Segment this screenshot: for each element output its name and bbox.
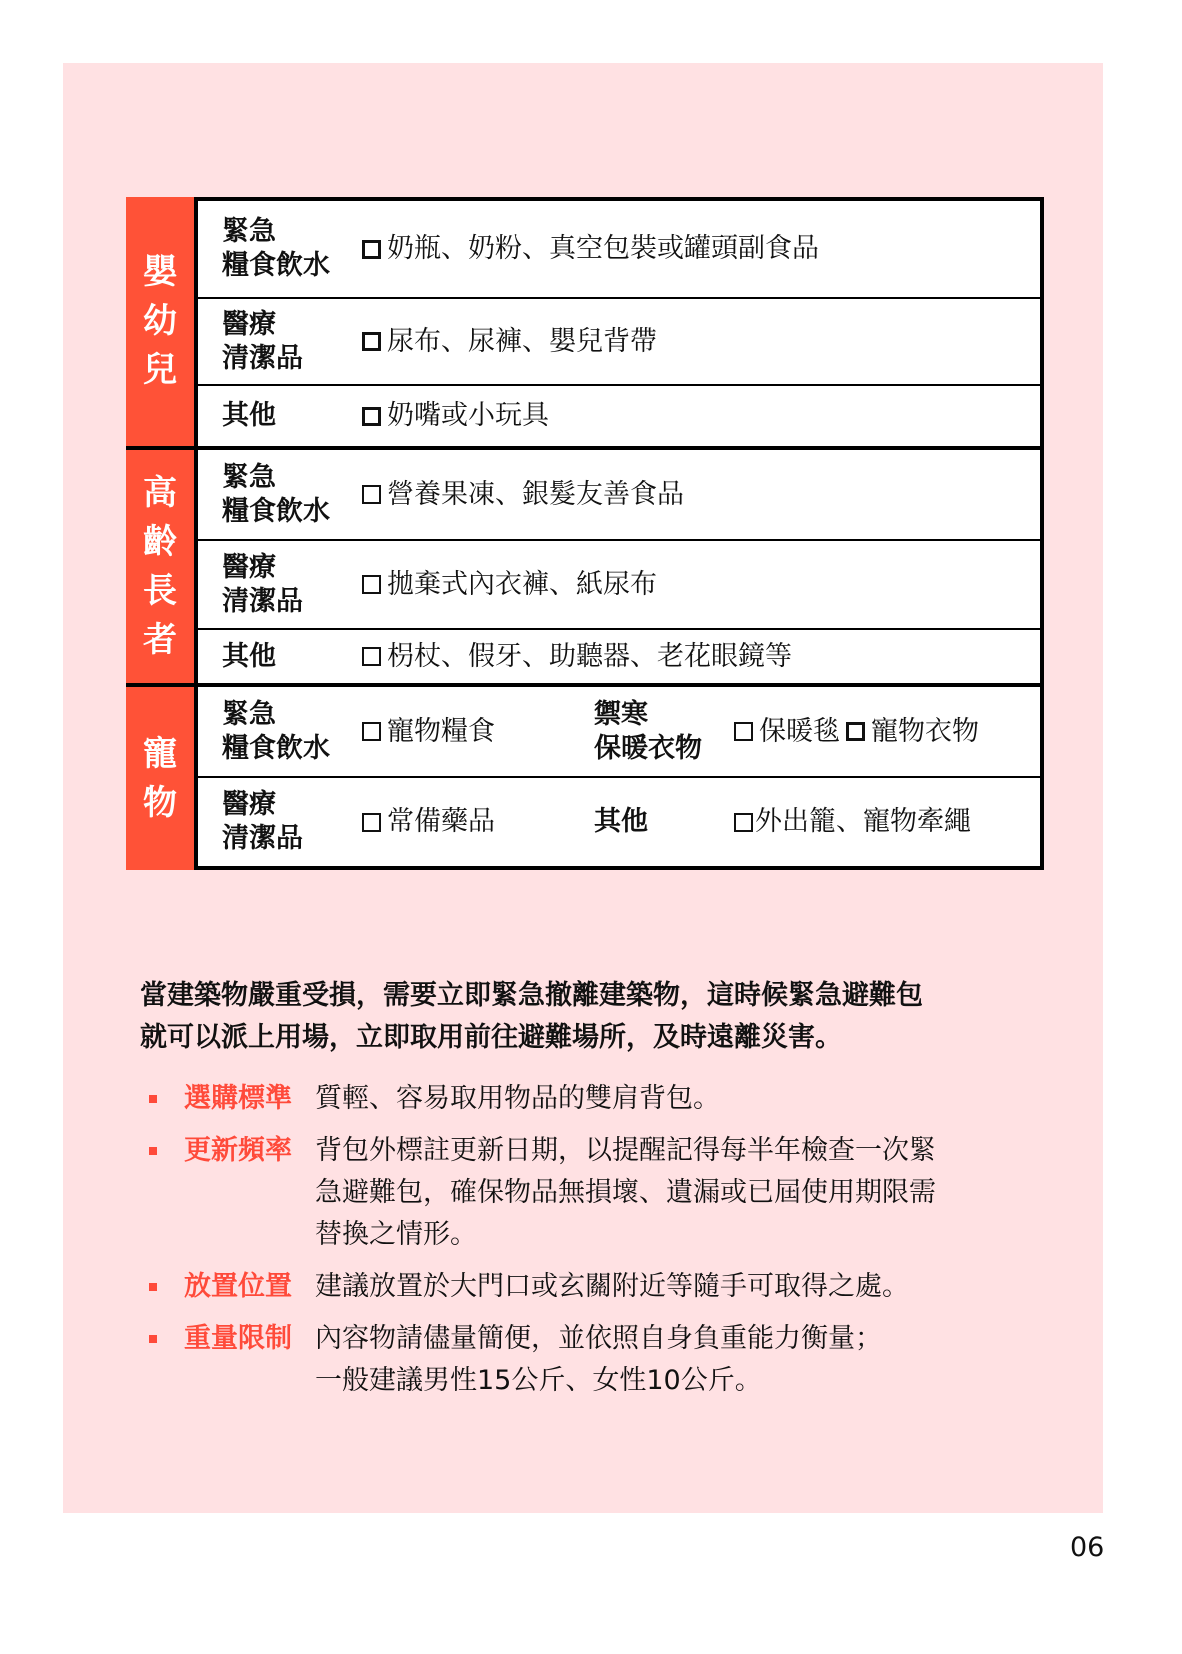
checkbox-icon[interactable] [362,332,381,351]
group-body: 緊急 糧食飲水 奶瓶、奶粉、真空包裝或罐頭副食品 醫療 清潔品 尿布、尿褲、嬰兒… [194,197,1044,446]
group-label-char: 寵 [143,730,177,779]
table-row: 醫療 清潔品 常備藥品 其他 外出籠、寵物牽繩 [198,776,1040,866]
category-line: 緊急 [222,698,330,732]
item-text: 營養果凍、銀髮友善食品 [387,478,684,512]
list-item: 選購標準 質輕、容易取用物品的雙肩背包。 [140,1078,1040,1120]
group-body: 緊急 糧食飲水 寵物糧食 禦寒 保暖衣物 保暖毯 寵物衣物 [194,683,1044,870]
bullet-icon [149,1335,157,1343]
group-label-elderly: 高 齡 長 者 [126,446,194,683]
row-category: 緊急 糧食飲水 [222,215,330,283]
table-row: 醫療 清潔品 尿布、尿褲、嬰兒背帶 [198,297,1040,384]
bullet-key: 重量限制 [184,1318,292,1360]
group-label-infants: 嬰 幼 兒 [126,197,194,446]
bullet-line: 內容物請儘量簡便，並依照自身負重能力衡量； [315,1318,1040,1360]
table-row: 其他 枴杖、假牙、助聽器、老花眼鏡等 [198,628,1040,683]
bullet-icon [149,1095,157,1103]
item-text: 枴杖、假牙、助聽器、老花眼鏡等 [387,640,792,674]
group-body: 緊急 糧食飲水 營養果凍、銀髮友善食品 醫療 清潔品 拋棄式內衣褲、紙尿布 [194,446,1044,683]
tips-list: 選購標準 質輕、容易取用物品的雙肩背包。 更新頻率 背包外標註更新日期，以提醒記… [140,1078,1040,1412]
item-text: 寵物衣物 [871,715,979,749]
row-category: 醫療 清潔品 [222,308,303,376]
list-item: 重量限制 內容物請儘量簡便，並依照自身負重能力衡量； 一般建議男性15公斤、女性… [140,1318,1040,1402]
checklist-table: 嬰 幼 兒 緊急 糧食飲水 奶瓶、奶粉、真空包裝或罐頭副食品 醫療 清潔品 [126,197,1044,870]
bullet-text: 背包外標註更新日期，以提醒記得每半年檢查一次緊 急避難包，確保物品無損壞、遺漏或… [315,1130,1040,1256]
table-row: 其他 奶嘴或小玩具 [198,384,1040,446]
row-category: 緊急 糧食飲水 [222,698,330,766]
bullet-text: 建議放置於大門口或玄關附近等隨手可取得之處。 [315,1266,1040,1308]
group-label-pets: 寵 物 [126,683,194,870]
bullet-line: 背包外標註更新日期，以提醒記得每半年檢查一次緊 [315,1130,1040,1172]
row-items: 常備藥品 [362,805,495,839]
checkbox-icon[interactable] [362,813,381,832]
row-items: 尿布、尿褲、嬰兒背帶 [362,325,657,359]
category-line: 保暖衣物 [594,732,702,766]
bullet-key: 更新頻率 [184,1130,292,1172]
row-items-secondary: 保暖毯 寵物衣物 [734,715,979,749]
category-line: 緊急 [222,215,330,249]
item-text: 奶瓶、奶粉、真空包裝或罐頭副食品 [387,232,819,266]
table-row: 緊急 糧食飲水 寵物糧食 禦寒 保暖衣物 保暖毯 寵物衣物 [198,687,1040,776]
category-line: 醫療 [222,308,303,342]
group-label-char: 兒 [143,346,177,395]
row-category-secondary: 其他 [594,805,648,839]
bullet-icon [149,1147,157,1155]
row-items: 拋棄式內衣褲、紙尿布 [362,568,657,602]
group-label-char: 幼 [143,297,177,346]
item-text: 常備藥品 [387,805,495,839]
category-line: 其他 [222,640,276,674]
page-number: 06 [1070,1532,1104,1563]
table-row: 緊急 糧食飲水 營養果凍、銀髮友善食品 [198,450,1040,539]
bullet-text: 內容物請儘量簡便，並依照自身負重能力衡量； 一般建議男性15公斤、女性10公斤。 [315,1318,1040,1402]
list-item: 放置位置 建議放置於大門口或玄關附近等隨手可取得之處。 [140,1266,1040,1308]
item-text: 奶嘴或小玩具 [387,399,549,433]
checkbox-icon[interactable] [362,485,381,504]
group-label-char: 高 [143,469,177,518]
row-items: 寵物糧食 [362,715,495,749]
group-label-char: 齡 [143,518,177,567]
bullet-icon [149,1283,157,1291]
list-item: 更新頻率 背包外標註更新日期，以提醒記得每半年檢查一次緊 急避難包，確保物品無損… [140,1130,1040,1256]
checkbox-icon[interactable] [734,722,753,741]
bullet-line: 替換之情形。 [315,1214,1040,1256]
intro-line: 當建築物嚴重受損，需要立即緊急撤離建築物，這時候緊急避難包 [140,975,1020,1017]
item-text: 外出籠、寵物牽繩 [755,805,971,839]
row-items-secondary: 外出籠、寵物牽繩 [734,805,971,839]
category-line: 清潔品 [222,342,303,376]
checkbox-icon[interactable] [734,813,753,832]
row-items: 奶嘴或小玩具 [362,399,549,433]
row-category-secondary: 禦寒 保暖衣物 [594,698,702,766]
category-line: 其他 [594,805,648,839]
bullet-line: 一般建議男性15公斤、女性10公斤。 [315,1360,1040,1402]
checkbox-icon[interactable] [362,240,381,259]
category-line: 其他 [222,399,276,433]
intro-line: 就可以派上用場，立即取用前往避難場所，及時遠離災害。 [140,1017,1020,1059]
row-items: 奶瓶、奶粉、真空包裝或罐頭副食品 [362,232,819,266]
category-line: 醫療 [222,788,303,822]
group-label-char: 嬰 [143,248,177,297]
row-category: 緊急 糧食飲水 [222,461,330,529]
bullet-line: 建議放置於大門口或玄關附近等隨手可取得之處。 [315,1266,1040,1308]
bullet-text: 質輕、容易取用物品的雙肩背包。 [315,1078,1040,1120]
category-line: 糧食飲水 [222,249,330,283]
item-text: 保暖毯 [759,715,840,749]
item-text: 寵物糧食 [387,715,495,749]
category-line: 禦寒 [594,698,702,732]
row-category: 其他 [222,640,276,674]
group-infants: 嬰 幼 兒 緊急 糧食飲水 奶瓶、奶粉、真空包裝或罐頭副食品 醫療 清潔品 [126,197,1044,446]
row-category: 醫療 清潔品 [222,788,303,856]
row-category: 其他 [222,399,276,433]
checkbox-icon[interactable] [362,722,381,741]
bullet-key: 選購標準 [184,1078,292,1120]
group-label-char: 者 [143,616,177,665]
checkbox-icon[interactable] [362,575,381,594]
group-label-char: 長 [143,567,177,616]
category-line: 糧食飲水 [222,732,330,766]
bullet-line: 質輕、容易取用物品的雙肩背包。 [315,1078,1040,1120]
category-line: 糧食飲水 [222,495,330,529]
row-category: 醫療 清潔品 [222,551,303,619]
table-row: 醫療 清潔品 拋棄式內衣褲、紙尿布 [198,539,1040,628]
group-label-char: 物 [143,779,177,828]
row-items: 枴杖、假牙、助聽器、老花眼鏡等 [362,640,792,674]
group-pets: 寵 物 緊急 糧食飲水 寵物糧食 禦寒 保暖衣物 保暖毯 [126,683,1044,870]
category-line: 緊急 [222,461,330,495]
checkbox-icon[interactable] [362,647,381,666]
category-line: 清潔品 [222,822,303,856]
group-elderly: 高 齡 長 者 緊急 糧食飲水 營養果凍、銀髮友善食品 醫療 清潔品 [126,446,1044,683]
table-row: 緊急 糧食飲水 奶瓶、奶粉、真空包裝或罐頭副食品 [198,201,1040,297]
intro-paragraph: 當建築物嚴重受損，需要立即緊急撤離建築物，這時候緊急避難包 就可以派上用場，立即… [140,975,1020,1059]
row-items: 營養果凍、銀髮友善食品 [362,478,684,512]
bullet-key: 放置位置 [184,1266,292,1308]
checkbox-icon[interactable] [846,722,865,741]
category-line: 清潔品 [222,585,303,619]
item-text: 尿布、尿褲、嬰兒背帶 [387,325,657,359]
checkbox-icon[interactable] [362,407,381,426]
category-line: 醫療 [222,551,303,585]
item-text: 拋棄式內衣褲、紙尿布 [387,568,657,602]
bullet-line: 急避難包，確保物品無損壞、遺漏或已屆使用期限需 [315,1172,1040,1214]
